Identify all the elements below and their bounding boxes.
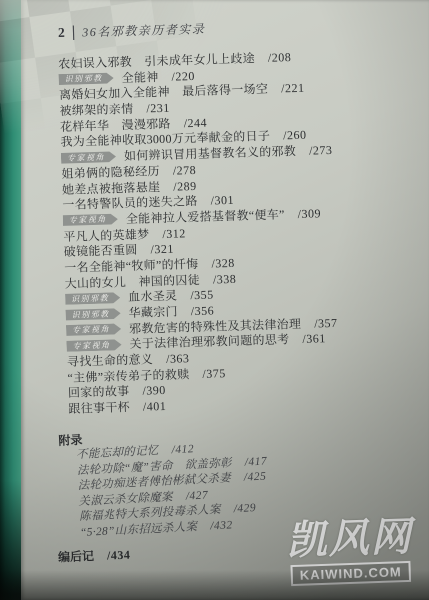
category-badge: 识别邪教	[65, 308, 120, 321]
entry-page-number: /321	[150, 242, 174, 257]
entry-title: 花样年华 漫漫邪路	[60, 116, 171, 133]
header-divider: |	[72, 24, 76, 41]
toc-list: 农妇误入邪教 引未成年女儿上歧途/208识别邪教全能神/220离婚妇女加入全能神…	[58, 46, 429, 418]
entry-title: 破镜能否重圆	[64, 243, 138, 259]
entry-page-number: /220	[171, 69, 195, 84]
entry-page-number: /417	[244, 455, 267, 468]
entry-page-number: /375	[202, 366, 226, 381]
entry-title: 寻找生命的意义	[67, 352, 153, 369]
entry-page-number: /244	[184, 115, 208, 130]
postscript-title: 编后记	[58, 549, 95, 564]
entry-page-number: /357	[314, 316, 338, 331]
postscript-entry: 编后记/434	[58, 546, 131, 566]
entry-title: “主佛”亲传弟子的救赎	[67, 367, 189, 385]
toc-page: 2|36名邪教亲历者实录 农妇误入邪教 引未成年女儿上歧途/208识别邪教全能神…	[21, 0, 429, 600]
category-badge: 识别邪教	[65, 292, 120, 305]
entry-title: 关于法律治理邪教问题的思考	[129, 333, 289, 352]
entry-page-number: /361	[302, 332, 326, 347]
entry-page-number: /425	[244, 471, 267, 484]
entry-page-number: /301	[210, 193, 234, 208]
entry-title: 华藏宗门	[128, 305, 178, 320]
entry-title: 姐弟俩的隐秘经历	[61, 164, 160, 181]
entry-title: 她差点被拖落悬崖	[62, 180, 161, 197]
entry-title: 跟往事干杯	[68, 400, 130, 416]
category-badge: 识别邪教	[59, 73, 114, 86]
appendix-list: 不能忘却的记忆/412法轮功除“魔”害命 欲盖弥彰/417法轮功痴迷者傅怡彬弑父…	[59, 438, 271, 541]
entry-page-number: /231	[146, 101, 170, 116]
entry-page-number: /221	[281, 81, 305, 96]
entry-page-number: /312	[162, 226, 186, 241]
book-title: 36名邪教亲历者实录	[82, 22, 205, 39]
entry-page-number: /390	[142, 383, 166, 398]
entry-page-number: /208	[268, 50, 292, 65]
entry-title: 全能神	[121, 70, 158, 85]
category-badge: 专家视角	[66, 339, 121, 352]
entry-page-number: /328	[211, 256, 235, 271]
entry-page-number: /289	[173, 178, 197, 193]
entry-page-number: /260	[283, 128, 307, 143]
entry-page-number: /278	[173, 163, 197, 178]
entry-page-number: /429	[233, 502, 256, 515]
category-badge: 专家视角	[63, 214, 118, 227]
entry-title: 被绑架的亲情	[59, 102, 133, 118]
entry-page-number: /356	[191, 303, 215, 318]
kaiwind-logo: 凯风网	[274, 516, 425, 561]
entry-page-number: /273	[309, 143, 333, 158]
kaiwind-watermark: 凯风网 KAIWIND.COM	[274, 516, 426, 586]
appendix-section: 附录 不能忘却的记忆/412法轮功除“魔”害命 欲盖弥彰/417法轮功痴迷者傅怡…	[58, 423, 271, 542]
entry-page-number: /401	[143, 399, 167, 414]
book-page-photo: 2|36名邪教亲历者实录 农妇误入邪教 引未成年女儿上歧途/208识别邪教全能神…	[0, 0, 429, 600]
entry-page-number: /355	[190, 288, 214, 303]
entry-page-number: /309	[297, 206, 321, 221]
entry-title: 血水圣灵	[128, 289, 178, 304]
postscript-page-number: /434	[107, 548, 131, 563]
entry-title: 不能忘却的记忆	[76, 445, 159, 461]
entry-title: 回家的故事	[68, 384, 130, 400]
entry-page-number: /427	[185, 489, 208, 502]
entry-title: 平凡人的英雄梦	[63, 227, 149, 244]
entry-page-number: /412	[171, 443, 194, 456]
page-number: 2	[58, 25, 65, 40]
entry-page-number: /363	[166, 351, 190, 366]
category-badge: 专家视角	[61, 151, 116, 164]
category-badge: 专家视角	[66, 323, 121, 336]
entry-page-number: /432	[210, 519, 233, 532]
entry-page-number: /338	[213, 271, 237, 286]
kaiwind-domain: KAIWIND.COM	[290, 561, 411, 586]
